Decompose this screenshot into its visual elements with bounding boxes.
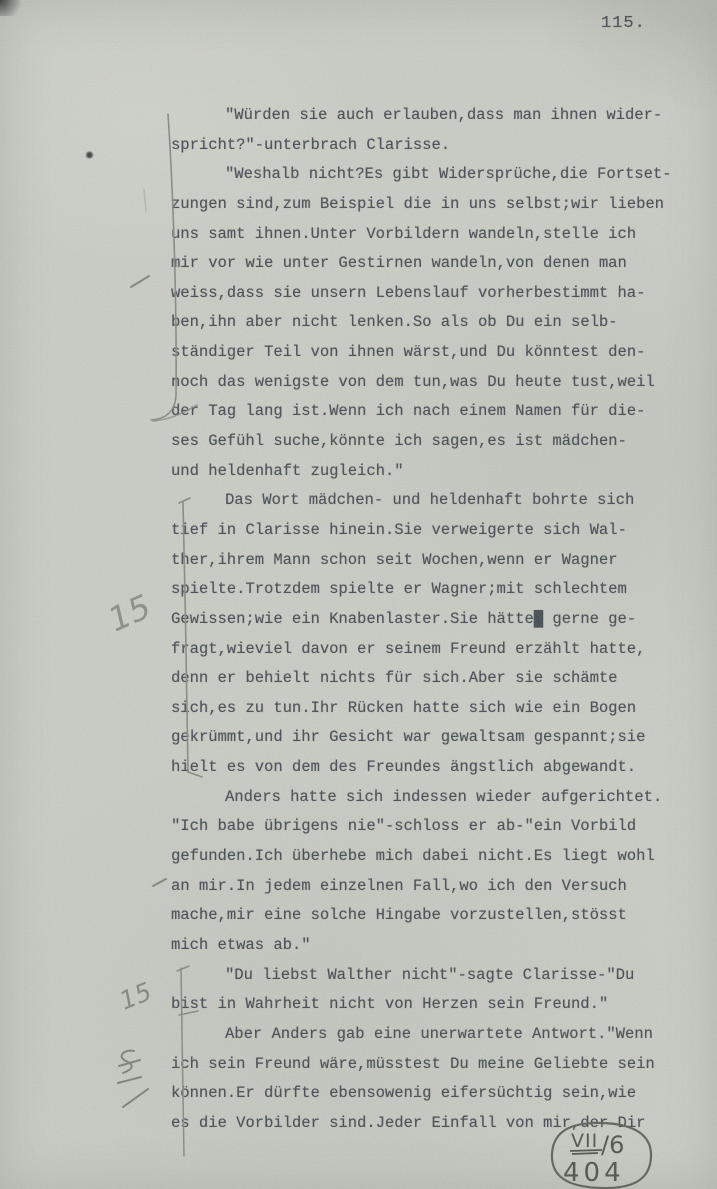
typescript-line: uns samt ihnen.Unter Vorbildern wandeln,…: [171, 220, 676, 250]
typescript-line: es die Vorbilder sind.Jeder Einfall von …: [171, 1109, 676, 1139]
manuscript-page: 115. "Würden sie auch erlauben,dass man …: [0, 0, 717, 1189]
typescript-line: Aber Anders gab eine unerwartete Antwort…: [171, 1020, 676, 1050]
typescript-line: "Du liebst Walther nicht"-sagte Clarisse…: [171, 961, 676, 991]
typescript-line: gekrümmt,und ihr Gesicht war gewaltsam g…: [171, 723, 676, 753]
typescript-line: der Tag lang ist.Wenn ich nach einem Nam…: [171, 397, 676, 427]
stamp-underline: [570, 1150, 602, 1154]
typescript-line: zungen sind,zum Beispiel die in uns selb…: [171, 190, 676, 220]
typescript-line: weiss,dass sie unsern Lebenslauf vorherb…: [171, 279, 676, 309]
pencil-dash-1: [131, 276, 149, 287]
typescript-line: können.Er dürfte ebensowenig eifersüchti…: [171, 1079, 676, 1109]
pencil-dash-2: [153, 879, 166, 886]
typescript-line: hielt es von dem des Freundes ängstlich …: [171, 753, 676, 783]
typescript-line: spricht?"-unterbrach Clarisse.: [171, 131, 676, 161]
typescript-line: ich sein Freund wäre,müsstest Du meine G…: [171, 1050, 676, 1080]
typescript-line: Gewissen;wie ein Knabenlaster.Sie hätte█…: [171, 605, 676, 635]
typescript-line: ben,ihn aber nicht lenken.So als ob Du e…: [171, 308, 676, 338]
typescript-line: bist in Wahrheit nicht von Herzen sein F…: [171, 990, 676, 1020]
typescript-line: Anders hatte sich indessen wieder aufger…: [171, 783, 676, 813]
typescript-line: "Würden sie auch erlauben,dass man ihnen…: [171, 101, 676, 131]
typescript-line: denn er behielt nichts für sich.Aber sie…: [171, 664, 676, 694]
typescript-line: und heldenhaft zugleich.": [171, 457, 676, 487]
photo-corner-smudge: [0, 0, 26, 16]
typescript-line: ständiger Teil von ihnen wärst,und Du kö…: [171, 338, 676, 368]
ink-blot: [85, 151, 94, 159]
pencil-scribble-e: [118, 1051, 148, 1107]
typescript-line: mich etwas ab.": [171, 931, 676, 961]
typescript-line: "Ich babe übrigens nie"-schloss er ab-"e…: [171, 812, 676, 842]
margin-number-2: 15: [115, 977, 155, 1016]
stamp-number: 404: [563, 1158, 625, 1188]
typescript-line: an mir.In jedem einzelnen Fall,wo ich de…: [171, 872, 676, 902]
typescript-line: mir vor wie unter Gestirnen wandeln,von …: [171, 249, 676, 279]
typescript-line: Das Wort mädchen- und heldenhaft bohrte …: [171, 486, 676, 516]
typescript-line: "Weshalb nicht?Es gibt Widersprüche,die …: [171, 160, 676, 190]
typescript-line: spielte.Trotzdem spielte er Wagner;mit s…: [171, 575, 676, 605]
typescript-line: ses Gefühl suche,könnte ich sagen,es ist…: [171, 427, 676, 457]
typescript-line: tief in Clarisse hinein.Sie verweigerte …: [171, 516, 676, 546]
typescript-line: gefunden.Ich überhebe mich dabei nicht.E…: [171, 842, 676, 872]
typescript-line: ther,ihrem Mann schon seit Wochen,wenn e…: [171, 546, 676, 576]
page-number: 115.: [601, 14, 646, 33]
typescript-text: "Würden sie auch erlauben,dass man ihnen…: [171, 101, 676, 1138]
typescript-line: mache,mir eine solche Hingabe vorzustell…: [171, 901, 676, 931]
typescript-line: fragt,wieviel davon er seinem Freund erz…: [171, 635, 676, 665]
margin-number-1: 15: [102, 587, 156, 640]
typescript-line: noch das wenigste von dem tun,was Du heu…: [171, 368, 676, 398]
typescript-line: sich,es zu tun.Ihr Rücken hatte sich wie…: [171, 694, 676, 724]
pencil-tick-short: [144, 189, 146, 211]
